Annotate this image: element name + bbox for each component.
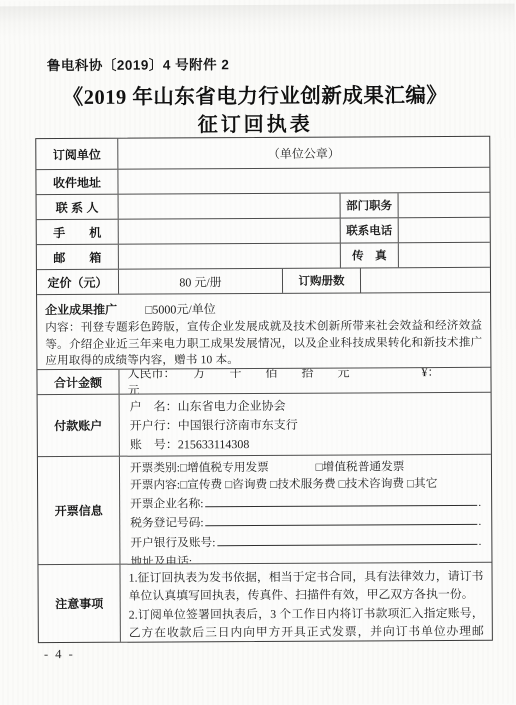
email-field: [119, 244, 341, 269]
phone-field: [399, 218, 490, 242]
invoice-company-label: 开票企业名称:: [130, 495, 203, 513]
row-payment: 付款账户 户 名：山东省电力企业协会 开户行：中国银行济南市东支行 账 号：21…: [38, 393, 491, 457]
subscriber-label: 订阅单位: [36, 139, 118, 169]
fax-field: [399, 243, 490, 267]
document-number: 鲁电科协〔2019〕4 号附件 2: [47, 53, 230, 74]
invoice-tax-id-label: 税务登记号码:: [130, 515, 203, 533]
payment-label: 付款账户: [38, 395, 120, 456]
notes-cell: 1.征订回执表为发书依据，相当于定书合同，具有法律效力，请订书单位认真填写回执表…: [120, 563, 491, 642]
notes-label: 注意事项: [38, 565, 120, 642]
payment-account-name: 户 名：山东省电力企业协会: [130, 396, 481, 417]
blank-underline: [194, 551, 478, 564]
blank-underline: [217, 531, 477, 545]
line-suffix: .: [478, 495, 481, 512]
payment-bank: 开户行：中国银行济南市东支行: [130, 415, 481, 436]
row-price: 定价（元） 80 元/册 订购册数: [37, 268, 490, 295]
order-form-table: 订阅单位 （单位公章） 收件地址 联 系 人 部门职务 手 机 联系电话 邮 箱…: [35, 136, 493, 643]
invoice-company-line: 开票企业名称: .: [130, 493, 481, 514]
promotion-checkbox-option: □5000元/单位: [145, 300, 216, 317]
invoice-type-line: 开票类别:□增值税专用发票 □增值税普通发票: [130, 458, 481, 477]
row-notes: 注意事项 1.征订回执表为发书依据，相当于定书合同，具有法律效力，请订书单位认真…: [38, 563, 491, 642]
address-label: 收件地址: [36, 170, 118, 194]
contact-field: [119, 194, 341, 219]
scanned-document-page: 鲁电科协〔2019〕4 号附件 2 《2019 年山东省电力行业创新成果汇编》 …: [0, 0, 516, 705]
invoice-address-label: 地址及电话:: [130, 553, 192, 563]
quantity-label: 订购册数: [283, 268, 361, 292]
row-promotion: 企业成果推广 □5000元/单位 内容：刊登专题彩色跨版，宣传企业发展成就及技术…: [37, 293, 490, 370]
note-item-1: 1.征订回执表为发书依据，相当于定书合同，具有法律效力，请订书单位认真填写回执表…: [128, 567, 483, 605]
promotion-description: 内容：刊登专题彩色跨版，宣传企业发展成就及技术创新所带来社会效益和经济效益等。介…: [45, 318, 482, 369]
row-invoice: 开票信息 开票类别:□增值税专用发票 □增值税普通发票 开票内容:□宣传费 □咨…: [38, 455, 492, 565]
invoice-address-line: 地址及电话: .: [130, 551, 481, 564]
payment-cell: 户 名：山东省电力企业协会 开户行：中国银行济南市东支行 账 号：2156331…: [120, 393, 491, 456]
promotion-label: 企业成果推广: [45, 301, 117, 318]
invoice-bank-label: 开户银行及账号:: [130, 534, 215, 552]
quantity-field: [361, 268, 490, 293]
email-label: 邮 箱: [37, 245, 119, 269]
subscriber-field: （单位公章）: [118, 137, 489, 169]
blank-underline: [206, 512, 478, 526]
invoice-tax-id-line: 税务登记号码: .: [130, 512, 481, 533]
scan-artifact-band: [0, 4, 515, 37]
invoice-bank-line: 开户银行及账号: .: [130, 531, 481, 552]
mobile-field: [119, 219, 341, 244]
address-field: [118, 168, 489, 194]
row-email: 邮 箱 传 真: [37, 243, 490, 270]
row-address: 收件地址: [36, 168, 489, 195]
blank-underline: [205, 493, 477, 507]
row-subscriber: 订阅单位 （单位公章）: [36, 137, 489, 170]
dept-label: 部门职务: [341, 193, 399, 217]
fax-label: 传 真: [341, 243, 399, 267]
line-suffix: .: [478, 514, 481, 531]
invoice-label: 开票信息: [38, 457, 121, 564]
row-total: 合计金额 人民币： 万 千 佰 拾 元 ¥： 元: [37, 368, 490, 395]
document-subtitle: 征订回执表: [0, 107, 511, 139]
total-amount-line: 人民币： 万 千 佰 拾 元 ¥： 元: [119, 368, 490, 394]
invoice-cell: 开票类别:□增值税专用发票 □增值税普通发票 开票内容:□宣传费 □咨询费 □技…: [120, 455, 492, 564]
promotion-option-line: 企业成果推广 □5000元/单位: [45, 297, 482, 320]
line-suffix: .: [479, 533, 482, 550]
document-title: 《2019 年山东省电力行业创新成果汇编》: [0, 78, 511, 111]
row-mobile: 手 机 联系电话: [37, 218, 490, 245]
total-label: 合计金额: [37, 370, 119, 394]
page-number: - 4 -: [44, 647, 75, 662]
note-item-2: 2.订阅单位签署回执表后，3 个工作日内将订书款项汇入指定账号，乙方在收款后三日…: [129, 603, 484, 641]
mobile-label: 手 机: [37, 220, 119, 244]
dept-field: [399, 193, 490, 217]
price-value: 80 元/册: [119, 269, 283, 294]
contact-label: 联 系 人: [37, 195, 119, 219]
price-label: 定价（元）: [37, 270, 119, 294]
row-contact: 联 系 人 部门职务: [37, 193, 490, 220]
invoice-content-line: 开票内容:□宣传费 □咨询费 □技术服务费 □技术咨询费 □其它: [130, 475, 481, 494]
promotion-cell: 企业成果推广 □5000元/单位 内容：刊登专题彩色跨版，宣传企业发展成就及技术…: [37, 293, 490, 369]
phone-label: 联系电话: [341, 218, 399, 242]
payment-account-number: 账 号：215633114308: [130, 434, 481, 455]
